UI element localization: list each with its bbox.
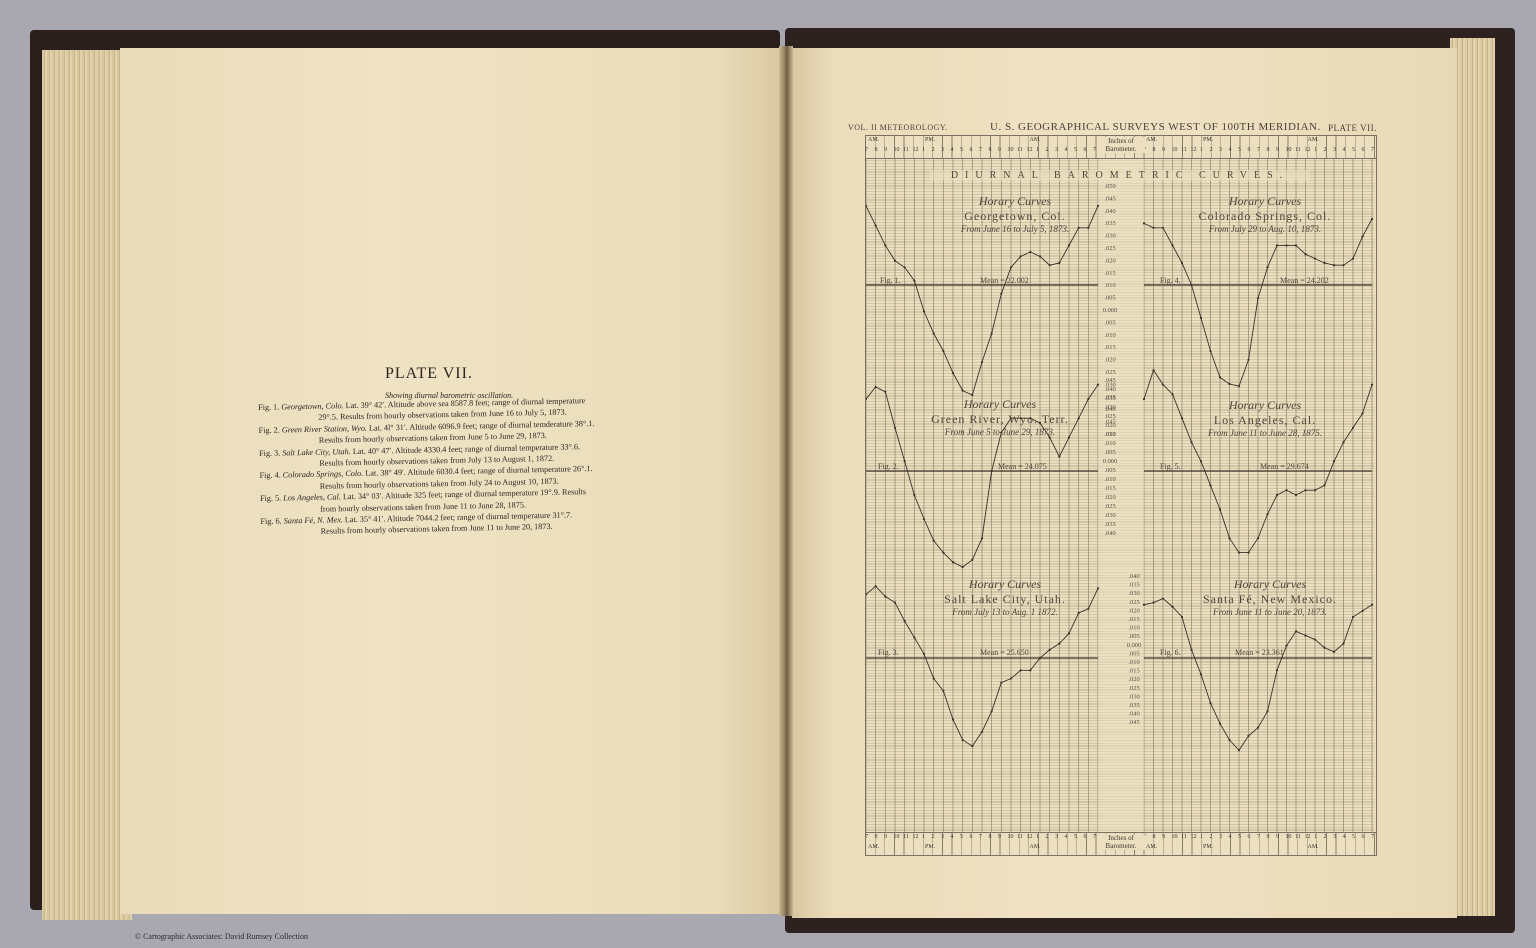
fig-label-2: Fig. 2. [878,462,899,471]
svg-text:.025: .025 [1128,685,1139,692]
hour-tick: 2 [932,147,935,153]
svg-text:.035: .035 [1128,582,1139,589]
hour-tick: 3 [941,147,944,153]
svg-text:.045: .045 [1104,377,1115,384]
fig-place: Georgetown, Colo. [281,401,343,411]
svg-text:.010: .010 [1104,332,1115,339]
hour-tick: 5 [1238,147,1241,153]
diagram-title: DIURNAL BAROMETRIC CURVES. [930,170,1310,181]
caption-place: Salt Lake City, Utah. [905,592,1105,607]
hour-tick: 2 [1210,147,1213,153]
chart-caption-fig2: Horary Curves Green River, Wyo. Terr. Fr… [895,397,1105,437]
svg-text:.025: .025 [1104,245,1115,252]
svg-text:.005: .005 [1104,319,1115,326]
svg-text:.010: .010 [1104,440,1115,447]
svg-text:.035: .035 [1128,702,1139,709]
svg-text:.020: .020 [1104,257,1115,264]
hour-tick: 10 [1286,834,1292,840]
hour-tick: 7 [979,834,982,840]
hour-tick: 10 [894,147,900,153]
caption-period: From June 5 to June 29, 1873. [895,427,1105,437]
svg-text:0.000: 0.000 [1103,307,1118,314]
chart-caption-fig5: Horary Curves Los Angeles, Cal. From Jun… [1180,398,1350,438]
fig-label: Fig. 5. [260,494,281,503]
axis-label-top: Inches of Barometer. [1097,137,1145,153]
svg-text:.030: .030 [1128,693,1139,700]
hour-tick: 10 [894,834,900,840]
hour-tick: 3 [1219,147,1222,153]
hour-tick: 9 [998,834,1001,840]
svg-text:.025: .025 [1104,369,1115,376]
hour-tick: 12 [1191,147,1197,153]
hour-tick: 8 [989,147,992,153]
fig-label-3: Fig. 3. [878,648,899,657]
fig-label: Fig. 2. [258,425,279,434]
plate-number-header: PLATE VII. [1328,123,1377,133]
fig-label: Fig. 4. [259,471,280,480]
hour-tick: 7 [1257,834,1260,840]
period-label: AM. [1308,137,1319,143]
hour-tick: 5 [960,147,963,153]
hour-tick: 4 [1343,834,1346,840]
svg-text:.025: .025 [1128,599,1139,606]
caption-period: From June 11 to June 28, 1875. [1180,428,1350,438]
svg-text:.025: .025 [1104,503,1115,510]
hour-tick: 6 [1248,834,1251,840]
hour-tick: 11 [1181,834,1187,840]
mean-label-1: Mean = 22.002 [980,276,1029,285]
hour-tick: 3 [1333,147,1336,153]
hour-tick: 8 [1267,834,1270,840]
svg-text:.030: .030 [1104,404,1115,411]
caption-place: Santa Fé, New Mexico. [1185,592,1355,607]
chart-caption-fig3: Horary Curves Salt Lake City, Utah. From… [905,577,1105,617]
hour-tick: 7 [979,147,982,153]
hour-tick: 11 [1017,147,1023,153]
svg-text:.015: .015 [1104,431,1115,438]
hour-tick: 4 [1065,834,1068,840]
hour-tick: 3 [1055,147,1058,153]
fig-label: Fig. 1. [258,403,279,412]
fig-place: Colorado Springs, Colo. [283,469,364,480]
svg-text:.015: .015 [1104,270,1115,277]
fig-place: Santa Fé, N. Mex. [284,515,343,525]
axis-label-bottom: Inches of Barometer. [1097,834,1145,850]
fig-label: Fig. 3. [259,448,280,457]
hour-tick: 11 [903,834,909,840]
svg-text:.010: .010 [1128,625,1139,632]
plate-title: PLATE VII. [385,365,473,383]
svg-text:.020: .020 [1128,676,1139,683]
survey-header: U. S. GEOGRAPHICAL SURVEYS WEST OF 100TH… [990,121,1321,133]
hour-tick: 2 [1210,834,1213,840]
chart-caption-fig6: Horary Curves Santa Fé, New Mexico. From… [1185,577,1355,617]
svg-text:.015: .015 [1104,485,1115,492]
hour-tick: 1 [1200,834,1203,840]
period-label: AM. [868,137,879,143]
hour-tick: 2 [1046,834,1049,840]
hour-tick: 6 [1362,834,1365,840]
hour-tick: 10 [1008,147,1014,153]
hour-tick: 5 [1352,834,1355,840]
chart-caption-fig4: Horary Curves Colorado Springs, Col. Fro… [1180,194,1350,234]
hour-tick: 1 [1314,834,1317,840]
svg-text:.040: .040 [1104,530,1115,537]
hour-tick: 6 [970,834,973,840]
svg-text:.005: .005 [1104,295,1115,302]
hour-tick: 12 [913,147,919,153]
hour-tick: 5 [1074,834,1077,840]
svg-text:.015: .015 [1128,668,1139,675]
hour-tick: 8 [989,834,992,840]
caption-heading: Horary Curves [895,397,1105,412]
hour-tick: 4 [1229,147,1232,153]
hour-tick: 5 [1352,147,1355,153]
fig-label-4: Fig. 4. [1160,276,1181,285]
hour-tick: 9 [1162,834,1165,840]
hour-tick: 5 [1074,147,1077,153]
period-label: AM. [1308,844,1319,850]
period-label: PM. [1203,844,1213,850]
hour-tick: 1 [1036,147,1039,153]
svg-text:.025: .025 [1104,413,1115,420]
period-label: AM. [1146,844,1157,850]
hour-tick: 9 [1276,147,1279,153]
fig-place: Salt Lake City, Utah. [282,447,351,457]
period-label: PM. [925,137,935,143]
hour-tick: 6 [1084,147,1087,153]
hour-tick: 8 [875,834,878,840]
hour-tick: 9 [1162,147,1165,153]
svg-text:.020: .020 [1128,607,1139,614]
hour-tick: 7 [1257,147,1260,153]
hour-tick: 11 [1181,147,1187,153]
hour-tick: 4 [951,147,954,153]
hour-tick: 7 [1093,834,1096,840]
hour-tick: 12 [1305,834,1311,840]
hour-tick: 12 [1027,834,1033,840]
hour-tick: 12 [1027,147,1033,153]
hour-tick: 1 [1036,834,1039,840]
mean-label-5: Mean = 29.674 [1260,462,1309,471]
hour-tick: 7 [1093,147,1096,153]
svg-text:.010: .010 [1104,476,1115,483]
fig-label-5: Fig. 5. [1160,462,1181,471]
hour-tick: 4 [951,834,954,840]
hour-tick: 6 [970,147,973,153]
hour-tick: 4 [1343,147,1346,153]
period-label: AM. [1146,137,1157,143]
svg-text:.020: .020 [1104,494,1115,501]
svg-text:.050: .050 [1104,183,1115,190]
hour-tick: 12 [913,834,919,840]
caption-heading: Horary Curves [905,577,1105,592]
svg-text:.035: .035 [1104,521,1115,528]
book-gutter [779,46,793,916]
svg-text:.020: .020 [1104,422,1115,429]
barometric-grid: .050.045.040.035.030.025.020.015.010.005… [866,158,1374,832]
svg-text:.010: .010 [1128,659,1139,666]
caption-heading: Horary Curves [1180,398,1350,413]
hour-tick: 2 [1324,147,1327,153]
period-label: AM. [1030,137,1041,143]
svg-text:0.000: 0.000 [1103,458,1118,465]
fig-label: Fig. 6. [260,517,281,526]
svg-text:.040: .040 [1128,711,1139,718]
hour-tick: 10 [1172,147,1178,153]
hour-tick: 6 [1248,147,1251,153]
hour-tick: 3 [941,834,944,840]
mean-label-6: Mean = 23.361 [1235,648,1284,657]
caption-heading: Horary Curves [915,194,1115,209]
fig-label-1: Fig. 1. [880,276,901,285]
period-label: PM. [925,844,935,850]
hour-tick: 9 [1276,834,1279,840]
hour-tick: 6 [1084,834,1087,840]
volume-header: VOL. II METEOROLOGY. [848,123,948,132]
hour-tick: 6 [1362,147,1365,153]
svg-text:.035: .035 [1104,395,1115,402]
fig-place: Green River Station, Wyo. [282,424,367,435]
caption-period: From July 13 to Aug. 1 1872. [905,607,1105,617]
caption-period: From June 16 to July 5, 1873. [915,224,1115,234]
mean-label-4: Mean = 24.202 [1280,276,1329,285]
hour-tick: 3 [1219,834,1222,840]
hour-tick: 1 [922,147,925,153]
hour-tick: 9 [998,147,1001,153]
caption-period: From June 11 to June 20, 1873. [1185,607,1355,617]
svg-text:.045: .045 [1128,719,1139,726]
hour-tick: 5 [1238,834,1241,840]
hour-tick: 3 [1055,834,1058,840]
hour-tick: 1 [922,834,925,840]
hour-tick: 9 [884,147,887,153]
hour-tick: 2 [1324,834,1327,840]
hour-tick: 9 [884,834,887,840]
fig-place: Los Angeles, Cal. [283,493,341,503]
svg-text:.030: .030 [1104,512,1115,519]
hour-tick: 11 [1295,834,1301,840]
hour-tick: 3 [1333,834,1336,840]
hour-tick: 8 [1267,147,1270,153]
hour-tick: 8 [1153,834,1156,840]
hour-tick: 8 [875,147,878,153]
svg-text:.005: .005 [1104,467,1115,474]
svg-text:.015: .015 [1104,344,1115,351]
caption-heading: Horary Curves [1185,577,1355,592]
hour-tick: 5 [960,834,963,840]
fig-label-6: Fig. 6. [1160,648,1181,657]
hour-tick: 1 [1314,147,1317,153]
svg-text:.005: .005 [1128,650,1139,657]
hour-tick: 2 [932,834,935,840]
hour-tick: 10 [1008,834,1014,840]
mean-label-2: Mean = 24.075 [998,462,1047,471]
svg-text:.015: .015 [1128,616,1139,623]
hour-tick: 4 [1229,834,1232,840]
hour-tick: 11 [1017,834,1023,840]
svg-text:.010: .010 [1104,282,1115,289]
hour-tick: 1 [1200,147,1203,153]
hour-tick: 10 [1286,147,1292,153]
caption-place: Los Angeles, Cal. [1180,413,1350,428]
period-label: PM. [1203,137,1213,143]
svg-text:.040: .040 [1104,386,1115,393]
caption-place: Green River, Wyo. Terr. [895,412,1105,427]
period-label: AM. [868,844,879,850]
figure-descriptions: Fig. 1. Georgetown, Colo. Lat. 39° 42′. … [258,393,681,539]
page-edges-left [42,50,132,920]
hour-tick: 7 [1371,147,1374,153]
svg-text:0.000: 0.000 [1127,642,1142,649]
hour-tick: 11 [1295,147,1301,153]
hour-tick: 8 [1153,147,1156,153]
collection-credit: © Cartographic Associates: David Rumsey … [135,932,308,941]
svg-text:.030: .030 [1128,590,1139,597]
caption-period: From July 29 to Aug. 10, 1873. [1180,224,1350,234]
caption-place: Georgetown, Col. [915,209,1115,224]
caption-place: Colorado Springs, Col. [1180,209,1350,224]
svg-text:.005: .005 [1104,449,1115,456]
hour-tick: 12 [1305,147,1311,153]
hour-tick: 7 [1371,834,1374,840]
hour-tick: 12 [1191,834,1197,840]
period-label: AM. [1030,844,1041,850]
hour-tick: 4 [1065,147,1068,153]
hour-tick: 10 [1172,834,1178,840]
chart-caption-fig1: Horary Curves Georgetown, Col. From June… [915,194,1115,234]
svg-text:.005: .005 [1128,633,1139,640]
mean-label-3: Mean = 25.650 [980,648,1029,657]
caption-heading: Horary Curves [1180,194,1350,209]
svg-text:.020: .020 [1104,357,1115,364]
svg-text:.040: .040 [1128,573,1139,580]
hour-tick: 11 [903,147,909,153]
hour-tick: 7 [865,147,868,153]
hour-tick: 2 [1046,147,1049,153]
hour-tick: 7 [865,834,868,840]
